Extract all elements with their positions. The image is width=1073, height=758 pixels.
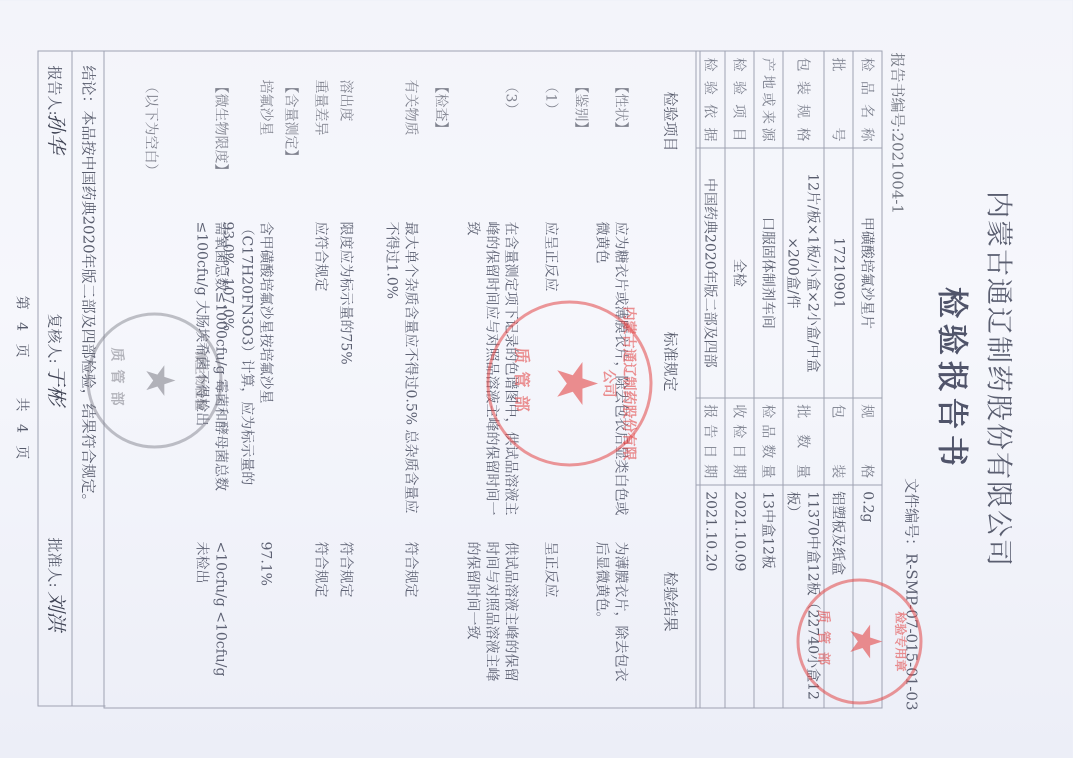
result-standard: 最大单个杂质含量应不得过0.5% 总杂质含量应不得过1.0% [382, 222, 420, 522]
info-value: 甲磺酸培氟沙星片 [853, 148, 882, 398]
result-value: 供试品溶液主峰的保留时间与对照品溶液主峰的保留时间一致 [463, 542, 520, 692]
header-result: 检验结果 [661, 572, 682, 632]
star-icon: ★ [140, 363, 180, 399]
info-row: 检验项目 全检 收检日期 2021.10.09 [725, 51, 754, 708]
header-item: 检验项目 [661, 92, 682, 152]
info-value: 13中盒12板 [754, 485, 783, 708]
signature-row: 报告人: 孙华 复核人: 于彬 批准人: 刘洪 [38, 51, 72, 707]
micro-seal: 微生物检验 ★ 质管部 [87, 313, 223, 449]
star-icon: ★ [842, 622, 886, 661]
result-item: 【检查】 [431, 80, 450, 136]
result-item: 培氟沙星 [256, 80, 275, 136]
reporter-label: 报告人: [38, 66, 72, 116]
info-value: 12片/板×1板/小盒×2小盒/中盒×200盒/件 [783, 148, 824, 398]
info-value: 全检 [725, 148, 754, 398]
report-number: 报告书编号:2021004-1 [888, 53, 909, 214]
result-value: 符合规定 [401, 542, 420, 692]
result-item: 有关物质 [401, 80, 420, 136]
inspection-seal: 检验专用章 ★ 质管部 [797, 579, 923, 705]
inspection-report-page: 内蒙古通辽制药股份有限公司 检验报告书 文件编号：R-SMP-07-015-01… [0, 1, 1073, 758]
result-value: 97.1% [256, 542, 275, 692]
result-item: （1） [541, 80, 560, 117]
reviewer-signature: 于彬 [40, 366, 74, 406]
result-value: 符合规定 [336, 542, 355, 692]
reviewer-label: 复核人: [38, 314, 72, 364]
result-item: 【微生物限度】 [211, 80, 230, 178]
result-value: <10cfu/g <10cfu/g 未检出 [192, 542, 230, 692]
result-value: 为薄膜衣片，除去包衣后显微黄色。 [592, 542, 630, 692]
info-label: 批 号 [824, 51, 853, 148]
approver-label: 批准人: [38, 538, 72, 588]
result-item: 【含量测定】 [281, 80, 300, 164]
approver-signature: 刘洪 [40, 592, 74, 632]
result-item: 重量差异 [311, 80, 330, 136]
info-label: 产地或来源 [754, 51, 783, 148]
result-item: 【性状】 [611, 80, 630, 136]
result-item: 【鉴别】 [571, 80, 590, 136]
info-label: 检品名称 [853, 51, 882, 148]
seal-arc-text: 检验专用章 [893, 582, 910, 702]
result-standard: 限度应为标示量的75% [336, 222, 355, 522]
seal-dept-text: 质管部 [512, 304, 535, 464]
seal-arc-text: 微生物检验 [193, 316, 210, 446]
seal-dept-text: 质管部 [816, 582, 835, 702]
result-item: （3） [501, 80, 520, 117]
info-label: 规 格 [853, 398, 882, 485]
page-number: 第 4 页 共 4 页 [13, 1, 33, 758]
result-item: （以下为空白） [141, 80, 160, 178]
header-standard: 标准规定 [661, 332, 682, 392]
info-value: 17210901 [824, 148, 853, 398]
info-label: 包 装 [824, 398, 853, 485]
result-item: 溶出度 [336, 80, 355, 122]
star-icon: ★ [548, 358, 604, 408]
result-standard: 应符合规定 [311, 222, 330, 522]
info-label: 检品数量 [754, 398, 783, 485]
company-seal: 内蒙古通辽制药股份有限公司 ★ 质管部 [487, 301, 653, 467]
info-value: 2021.10.09 [725, 485, 754, 708]
result-value: 符合规定 [311, 542, 330, 692]
info-value: 口服固体制剂车间 [754, 148, 783, 398]
seal-dept-text: 质管部 [108, 316, 128, 446]
result-value: 呈正反应 [541, 542, 560, 692]
info-label: 收检日期 [725, 398, 754, 485]
info-label: 批 数 量 [783, 398, 824, 485]
info-label: 检验项目 [725, 51, 754, 148]
info-row: 产地或来源 口服固体制剂车间 检品数量 13中盒12板 [754, 51, 783, 708]
info-label: 包装规格 [783, 51, 824, 148]
reporter-signature: 孙华 [40, 114, 74, 154]
document-title: 检验报告书 [933, 1, 978, 758]
company-name: 内蒙古通辽制药股份有限公司 [982, 1, 1021, 758]
